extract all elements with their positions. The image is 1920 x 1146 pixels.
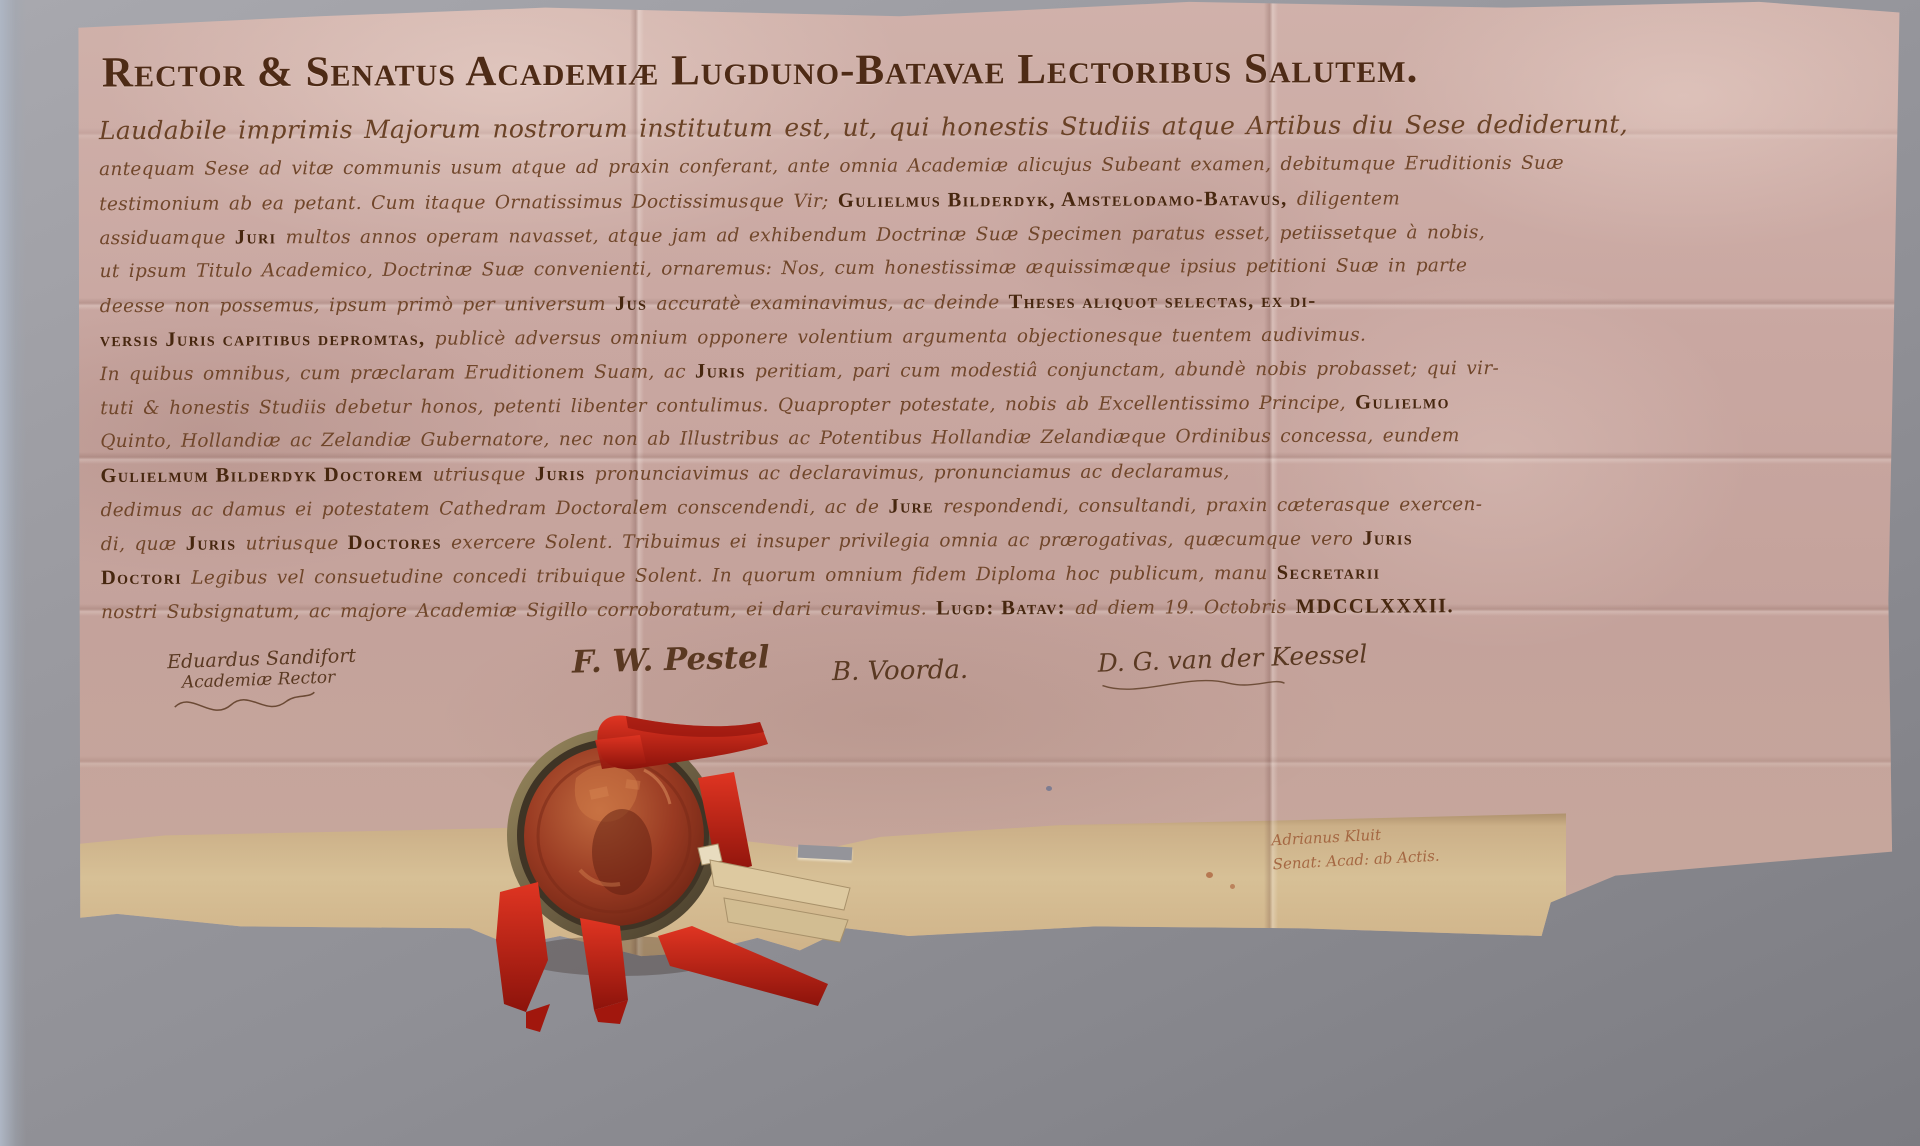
diploma-emphasis-text: Juris <box>535 463 586 485</box>
diploma-emphasis-text: Jus <box>615 293 647 315</box>
diploma-emphasis-text: Gulielmo <box>1355 391 1450 413</box>
background-edge <box>0 0 26 1146</box>
diploma-script-text: ut ipsum Titulo Academico, Doctrinæ Suæ … <box>100 255 1468 282</box>
diploma-emphasis-text: Theses aliquot selectas, ex di- <box>1009 290 1317 313</box>
signature-van-der-keessel-name: D. G. van der Keessel <box>1097 639 1368 677</box>
signature-rector: Eduardus Sandifort Academiæ Rector <box>167 645 358 724</box>
registrar-note: Adrianus Kluit Senat: Acad: ab Actis. <box>1271 820 1440 877</box>
diploma-script-text: In quibus omnibus, cum præclaram Eruditi… <box>100 362 695 386</box>
diploma-text-line: Laudabile imprimis Majorum nostrorum ins… <box>99 105 1529 151</box>
diploma-script-text: deesse non possemus, ipsum primò per uni… <box>100 294 615 317</box>
diploma-heading: Rector & Senatus Academiæ Lugduno-Batava… <box>102 44 1522 98</box>
diploma-emphasis-text: Juris <box>1362 527 1413 549</box>
diploma-script-text: respondendi, consultandi, praxin cæteras… <box>934 494 1483 517</box>
diploma-script-text: assiduamque <box>99 228 235 250</box>
diploma-script-text: peritiam, pari cum modestiâ conjunctam, … <box>746 358 1499 382</box>
photo-of-diploma: Rector & Senatus Academiæ Lugduno-Batava… <box>0 0 1920 1146</box>
diploma-body-lines: Laudabile imprimis Majorum nostrorum ins… <box>99 105 1531 629</box>
diploma-emphasis-text: versis Juris capitibus depromtas, <box>100 328 426 351</box>
diploma-emphasis-text: Juri <box>235 226 277 248</box>
diploma-emphasis-text: Gulielmum Bilderdyk Doctorem <box>100 464 423 487</box>
fold-crease-horizontal-5 <box>60 756 1905 768</box>
diploma-text-line: nostri Subsignatum, ac majore Academiæ S… <box>101 589 1531 629</box>
diploma-emphasis-text: Gulielmus Bilderdyk, Amstelodamo-Batavus… <box>838 188 1288 212</box>
diploma-script-text: tuti & honestis Studiis debetur honos, p… <box>100 393 1355 419</box>
signature-van-der-keessel: D. G. van der Keessel <box>1097 639 1368 699</box>
parchment-tag <box>698 844 850 942</box>
diploma-script-text: publicè adversus omnium opponere volenti… <box>425 325 1366 350</box>
diploma-script-text: Legibus vel consuetudine concedi tribuiq… <box>182 563 1277 589</box>
diploma-script-text: nostri Subsignatum, ac majore Academiæ S… <box>101 598 936 623</box>
diploma-emphasis-text: Juris <box>186 533 237 555</box>
diploma-text-line: Quinto, Hollandiæ ac Zelandiæ Gubernator… <box>100 419 1530 459</box>
wax-seal-assembly <box>430 660 880 1080</box>
diploma-script-text: antequam Sese ad vitæ communis usum atqu… <box>99 153 1564 180</box>
diploma-emphasis-text: Doctori <box>101 567 182 589</box>
diploma-emphasis-text: Secretarii <box>1277 562 1381 584</box>
diploma-script-text: Laudabile imprimis Majorum nostrorum ins… <box>99 109 1628 145</box>
diploma-emphasis-text: MDCCLXXXII. <box>1296 595 1454 618</box>
diploma-script-text: diligentem <box>1288 188 1400 209</box>
diploma-script-text: multos annos operam navasset, atque jam … <box>276 222 1485 248</box>
diploma-script-text: exercere Solent. Tribuimus ei insuper pr… <box>442 529 1362 554</box>
diploma-script-text: ad diem 19. Octobris <box>1066 597 1296 619</box>
diploma-emphasis-text: Lugd: Batav: <box>936 597 1066 620</box>
diploma-emphasis-text: Jure <box>888 495 934 517</box>
diploma-script-text: di, quæ <box>101 534 186 555</box>
diploma-emphasis-text: Juris <box>695 360 746 382</box>
diploma-script-text: pronunciavimus ac declaravimus, pronunci… <box>586 461 1230 485</box>
diploma-script-text: utriusque <box>424 464 535 485</box>
ink-spot <box>1046 786 1052 791</box>
diploma-script-text: dedimus ac damus ei potestatem Cathedram… <box>101 497 889 521</box>
stain-spot <box>1230 884 1235 889</box>
parchment: Rector & Senatus Academiæ Lugduno-Batava… <box>60 0 1905 958</box>
diploma-script-text: Quinto, Hollandiæ ac Zelandiæ Gubernator… <box>100 425 1459 452</box>
stain-spot <box>1206 872 1213 878</box>
diploma-emphasis-text: Doctores <box>348 532 442 554</box>
diploma-script-text: testimonium ab ea petant. Cum itaque Orn… <box>99 191 838 215</box>
diploma-script-text: accuratè examinavimus, ac deinde <box>647 292 1008 315</box>
diploma-script-text: utriusque <box>236 533 347 554</box>
